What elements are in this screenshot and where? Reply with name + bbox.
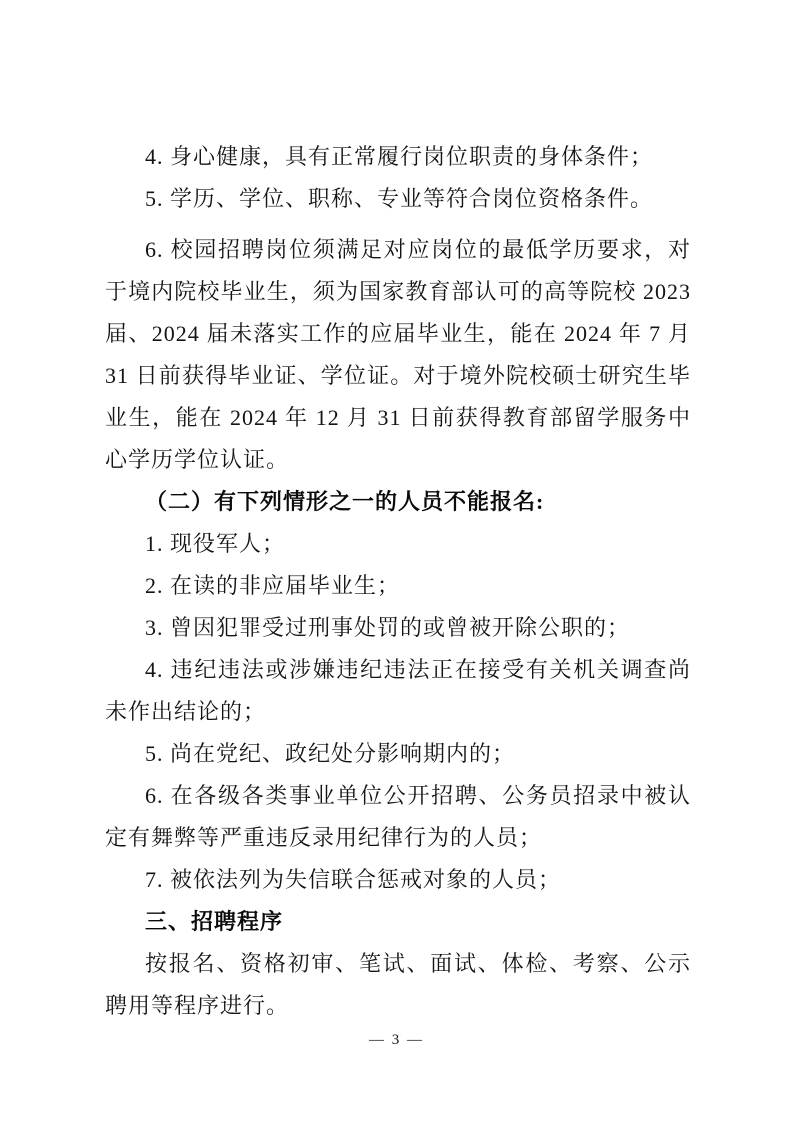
ineligible-item-2: 2. 在读的非应届毕业生； (105, 565, 691, 607)
ineligible-item-7: 7. 被依法列为失信联合惩戒对象的人员； (105, 859, 691, 901)
condition-item-6: 6. 校园招聘岗位须满足对应岗位的最低学历要求，对于境内院校毕业生，须为国家教育… (105, 229, 691, 481)
section-heading-procedure: 三、招聘程序 (105, 901, 691, 943)
ineligible-item-6: 6. 在各级各类事业单位公开招聘、公务员招录中被认定有舞弊等严重违反录用纪律行为… (105, 775, 691, 859)
procedure-paragraph: 按报名、资格初审、笔试、面试、体检、考察、公示聘用等程序进行。 (105, 943, 691, 1027)
document-body: 4. 身心健康，具有正常履行岗位职责的身体条件； 5. 学历、学位、职称、专业等… (105, 0, 691, 1027)
condition-item-5: 5. 学历、学位、职称、专业等符合岗位资格条件。 (105, 178, 691, 220)
ineligible-item-1: 1. 现役军人； (105, 523, 691, 565)
section-heading-ineligible: （二）有下列情形之一的人员不能报名: (105, 481, 691, 523)
ineligible-item-5: 5. 尚在党纪、政纪处分影响期内的； (105, 733, 691, 775)
page-number: — 3 — (0, 1030, 793, 1050)
document-page: 4. 身心健康，具有正常履行岗位职责的身体条件； 5. 学历、学位、职称、专业等… (0, 0, 793, 1122)
ineligible-item-4: 4. 违纪违法或涉嫌违纪违法正在接受有关机关调查尚未作出结论的； (105, 649, 691, 733)
condition-item-4: 4. 身心健康，具有正常履行岗位职责的身体条件； (105, 136, 691, 178)
ineligible-item-3: 3. 曾因犯罪受过刑事处罚的或曾被开除公职的； (105, 607, 691, 649)
